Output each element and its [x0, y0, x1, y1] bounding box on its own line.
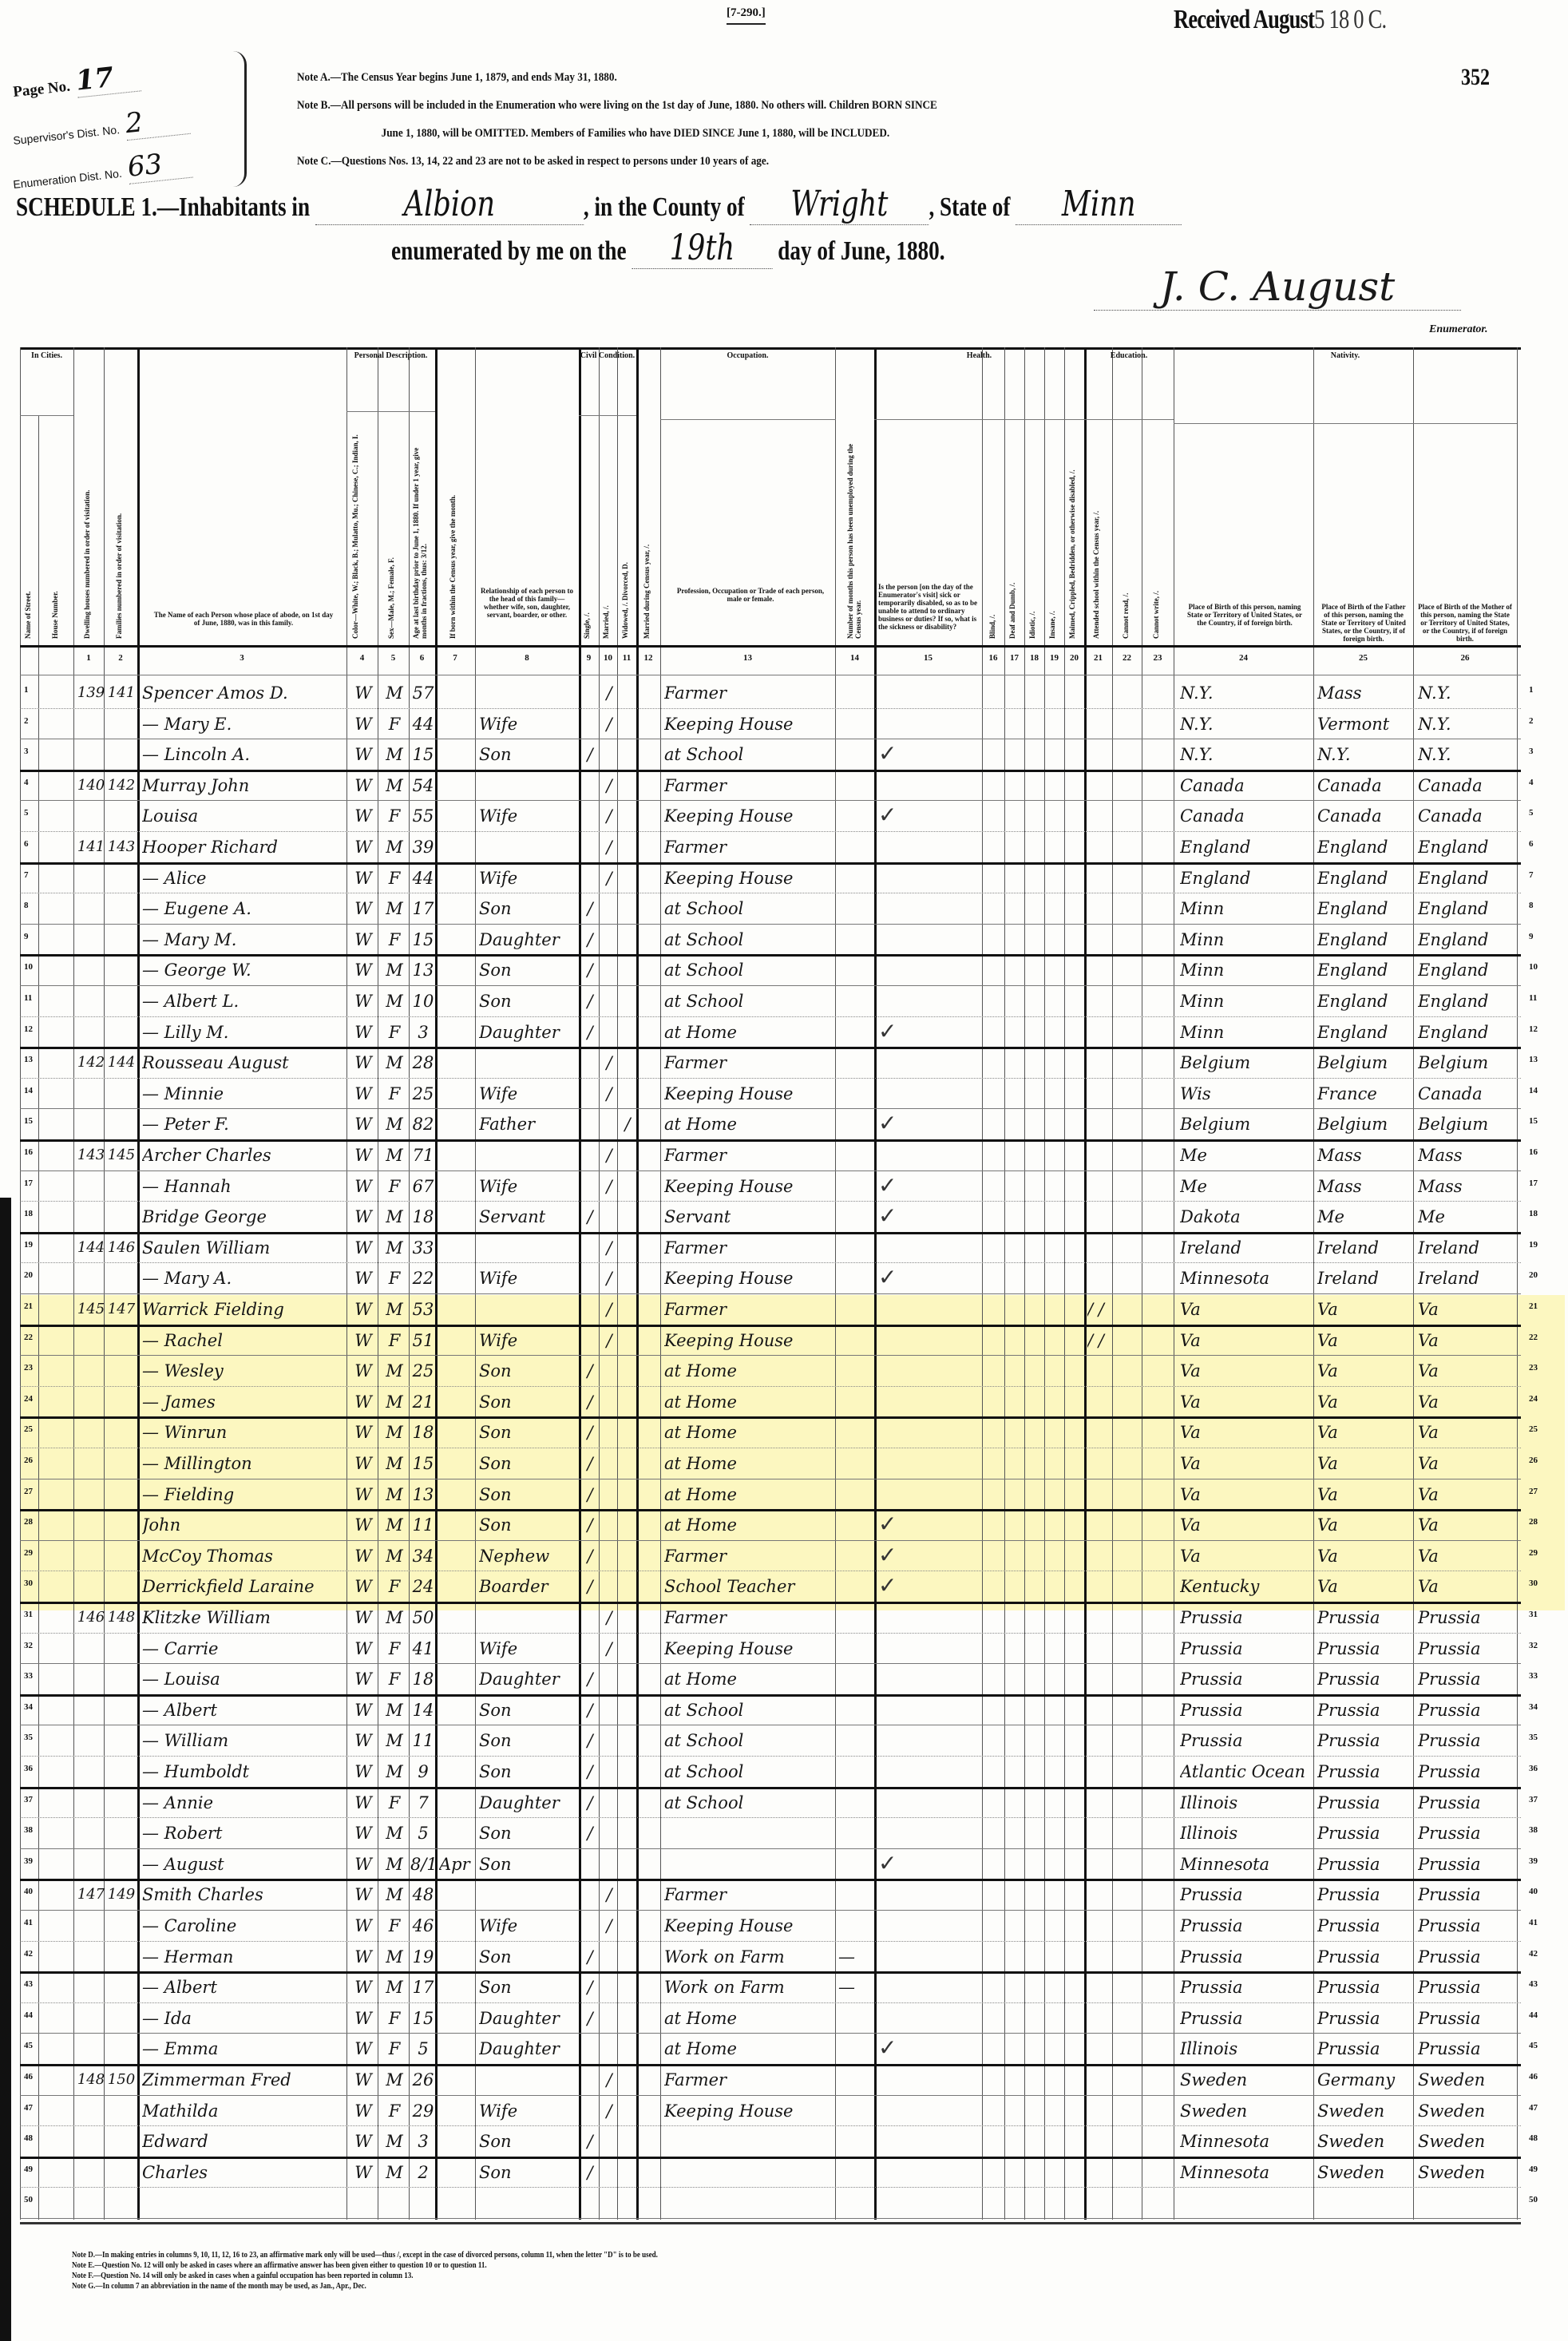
table-row: 1717— HannahWF67Wife/Keeping House✓MeMas…	[0, 1170, 1568, 1201]
widowed-mark	[620, 1697, 635, 1723]
married-mark	[602, 1728, 616, 1753]
occupation-value: at School	[664, 1790, 833, 1816]
single-mark	[582, 680, 598, 706]
header-relationship: Relationship of each person to the head …	[479, 587, 575, 619]
person-name: John	[142, 1512, 345, 1538]
birthplace-value: Va	[1180, 1389, 1311, 1415]
sex-value: F	[381, 1913, 408, 1939]
age-value: 39	[410, 834, 436, 860]
family-number: 150	[106, 2067, 137, 2093]
birth-month-value: Apr	[439, 1852, 474, 1877]
father-birthplace-value: Prussia	[1317, 1636, 1412, 1662]
row-number-right: 44	[1529, 2010, 1538, 2020]
father-birthplace-value: Prussia	[1317, 1820, 1412, 1846]
sex-value: M	[381, 834, 408, 860]
mother-birthplace-value: Prussia	[1418, 1666, 1515, 1692]
header-divider	[1174, 423, 1517, 424]
note-b-line2: June 1, 1880, will be OMITTED. Members o…	[297, 120, 937, 148]
header-married-census-year: Married during Census year, /.	[643, 447, 654, 639]
colnum: 1	[73, 653, 104, 663]
unemployed-months	[838, 773, 873, 798]
row-number-right: 42	[1529, 1949, 1538, 1959]
birth-month-value	[439, 2036, 474, 2062]
row-number-left: 17	[24, 1178, 33, 1188]
row-number-left: 5	[24, 808, 29, 818]
birth-month-value	[439, 1389, 474, 1415]
attended-school-mark	[1087, 1358, 1140, 1384]
row-number-left: 3	[24, 747, 29, 756]
single-mark: /	[582, 927, 598, 953]
widowed-mark	[620, 1759, 635, 1784]
birthplace-value: Illinois	[1180, 1820, 1311, 1846]
color-value: W	[350, 2129, 377, 2154]
footnotes: Note D.—In making entries in columns 9, …	[72, 2250, 658, 2291]
table-row: 3333— LouisaWF18Daughter/at HomePrussiaP…	[0, 1663, 1568, 1693]
unemployed-months	[838, 1790, 873, 1816]
row-number-left: 29	[24, 1548, 33, 1558]
unemployed-months	[838, 2006, 873, 2031]
occupation-value: Keeping House	[664, 2098, 833, 2124]
dwelling-number	[76, 896, 106, 921]
birth-month-value	[439, 2098, 474, 2124]
table-row: 4141— CarolineWF46Wife/Keeping HousePrus…	[0, 1910, 1568, 1940]
family-number	[106, 1543, 137, 1569]
unemployed-months	[838, 1543, 873, 1569]
page-binding-edge	[0, 1198, 11, 2341]
row-number-right: 1	[1529, 685, 1534, 695]
occupation-value: at Home	[664, 1420, 833, 1445]
header-color: Color—White, W.; Black, B.; Mulatto, Mu.…	[351, 431, 374, 639]
table-row: 1212— Lilly M.WF3Daughter/at Home✓MinnEn…	[0, 1016, 1568, 1047]
page-number-field: Page No.17	[11, 59, 141, 105]
color-value: W	[350, 1790, 377, 1816]
birthplace-value: Minn	[1180, 988, 1311, 1014]
single-mark	[582, 1050, 598, 1075]
birthplace-value: Prussia	[1180, 1882, 1311, 1907]
table-row: 4646148150Zimmerman FredWM26/FarmerSwede…	[0, 2064, 1568, 2094]
married-mark	[602, 1574, 616, 1599]
birth-month-value	[439, 865, 474, 891]
single-mark: /	[582, 742, 598, 767]
age-value: 46	[410, 1913, 436, 1939]
color-value: W	[350, 1297, 377, 1322]
color-value: W	[350, 1728, 377, 1753]
birthplace-value: Belgium	[1180, 1050, 1311, 1075]
mother-birthplace-value: Prussia	[1418, 1790, 1515, 1816]
header-divider	[20, 415, 73, 416]
table-row: 1313142144Rousseau AugustWM28/FarmerBelg…	[0, 1047, 1568, 1077]
unemployed-months	[838, 1081, 873, 1107]
table-row: 4040147149Smith CharlesWM48/FarmerPrussi…	[0, 1879, 1568, 1909]
sickness-mark: ✓	[878, 1264, 980, 1290]
row-number-right: 28	[1529, 1517, 1538, 1527]
color-value: W	[350, 1759, 377, 1784]
table-row: 3939— AugustWM8/12AprSon✓MinnesotaPrussi…	[0, 1848, 1568, 1879]
table-row: 4848EdwardWM3Son/MinnesotaSwedenSweden	[0, 2125, 1568, 2156]
widowed-mark	[620, 1728, 635, 1753]
occupation-value: Farmer	[664, 2067, 833, 2093]
occupation-value: at School	[664, 988, 833, 1014]
colnum: 15	[874, 653, 982, 663]
father-birthplace-value: Sweden	[1317, 2129, 1412, 2154]
dwelling-number	[76, 1790, 106, 1816]
relationship-value: Father	[479, 1111, 576, 1137]
county-label: , in the County of	[584, 192, 745, 222]
attended-school-mark	[1087, 896, 1140, 921]
single-mark	[582, 1328, 598, 1353]
dwelling-number	[76, 1574, 106, 1599]
attended-school-mark	[1087, 742, 1140, 767]
dwelling-number: 145	[76, 1297, 106, 1322]
birthplace-value: N.Y.	[1180, 742, 1311, 767]
attended-school-mark	[1087, 1482, 1140, 1507]
header-divider	[579, 415, 636, 416]
occupation-value: Farmer	[664, 1050, 833, 1075]
occupation-value	[664, 1820, 833, 1846]
father-birthplace-value: Prussia	[1317, 1882, 1412, 1907]
relationship-value: Daughter	[479, 1666, 576, 1692]
sex-value: M	[381, 1852, 408, 1877]
age-value: 18	[410, 1204, 436, 1230]
birth-month-value	[439, 1882, 474, 1907]
group-health: Health.	[874, 351, 1084, 360]
colnum: 22	[1112, 653, 1142, 663]
single-mark: /	[582, 1512, 598, 1538]
relationship-value: Son	[479, 896, 576, 921]
age-value: 34	[410, 1543, 436, 1569]
family-number	[106, 1174, 137, 1199]
person-name: — Louisa	[142, 1666, 345, 1692]
attended-school-mark	[1087, 1882, 1140, 1907]
father-birthplace-value: Sweden	[1317, 2098, 1412, 2124]
occupation-value: at Home	[664, 1512, 833, 1538]
father-birthplace-value: Va	[1317, 1482, 1412, 1507]
father-birthplace-value: Va	[1317, 1358, 1412, 1384]
dwelling-number	[76, 1111, 106, 1137]
birth-month-value	[439, 1081, 474, 1107]
birth-month-value	[439, 1143, 474, 1168]
colnum: 6	[409, 653, 435, 663]
attended-school-mark	[1087, 1111, 1140, 1137]
widowed-mark: /	[620, 1111, 635, 1137]
mother-birthplace-value: Canada	[1418, 1081, 1515, 1107]
color-value: W	[350, 1266, 377, 1291]
colnum: 13	[660, 653, 835, 663]
row-number-left: 21	[24, 1301, 33, 1311]
attended-school-mark	[1087, 1451, 1140, 1476]
married-mark: /	[602, 1882, 616, 1907]
attended-school-mark: / /	[1087, 1328, 1140, 1353]
attended-school-mark	[1087, 957, 1140, 983]
widowed-mark	[620, 2160, 635, 2185]
occupation-value: Work on Farm	[664, 1944, 833, 1970]
color-value: W	[350, 711, 377, 737]
person-name: — William	[142, 1728, 345, 1753]
row-number-left: 18	[24, 1209, 33, 1218]
unemployed-months: —	[838, 1975, 873, 2000]
widowed-mark	[620, 711, 635, 737]
married-mark	[602, 2006, 616, 2031]
row-number-left: 11	[24, 993, 32, 1003]
father-birthplace-value: Me	[1317, 1204, 1412, 1230]
person-name: Mathilda	[142, 2098, 345, 2124]
age-value: 19	[410, 1944, 436, 1970]
age-value: 5	[410, 2036, 436, 2062]
color-value: W	[350, 1451, 377, 1476]
family-number	[106, 896, 137, 921]
occupation-value: at School	[664, 1728, 833, 1753]
widowed-mark	[620, 1081, 635, 1107]
row-number-right: 9	[1529, 932, 1534, 941]
dwelling-number	[76, 2036, 106, 2062]
header-name: The Name of each Person whose place of a…	[152, 611, 335, 627]
birthplace-value: Minn	[1180, 896, 1311, 921]
header-house: House Number.	[51, 447, 62, 639]
table-row: 66141143Hooper RichardWM39/FarmerEngland…	[0, 831, 1568, 862]
table-row: 2929McCoy ThomasWM34Nephew/Farmer✓VaVaVa	[0, 1540, 1568, 1571]
relationship-value: Son	[479, 988, 576, 1014]
birthplace-value: Minnesota	[1180, 2160, 1311, 2185]
row-number-right: 23	[1529, 1363, 1538, 1373]
table-row: 2626— MillingtonWM15Son/at HomeVaVaVa	[0, 1448, 1568, 1478]
dwelling-number	[76, 1728, 106, 1753]
row-number-left: 41	[24, 1918, 33, 1927]
color-value: W	[350, 1389, 377, 1415]
birth-month-value	[439, 1574, 474, 1599]
married-mark	[602, 1975, 616, 2000]
relationship-value: Son	[479, 1451, 576, 1476]
person-name: — Annie	[142, 1790, 345, 1816]
single-mark: /	[582, 1451, 598, 1476]
relationship-value: Servant	[479, 1204, 576, 1230]
note-e: Note E.—Question No. 12 will only be ask…	[72, 2260, 658, 2271]
mother-birthplace-value: Me	[1418, 1204, 1515, 1230]
birthplace-value: Me	[1180, 1143, 1311, 1168]
relationship-value: Son	[479, 1759, 576, 1784]
color-value: W	[350, 2160, 377, 2185]
widowed-mark	[620, 1882, 635, 1907]
row-number-right: 33	[1529, 1671, 1538, 1681]
colnum: 18	[1024, 653, 1044, 663]
header-married: Married, /.	[602, 495, 613, 639]
person-name: — Mary E.	[142, 711, 345, 737]
table-row: 3030Derrickfield LaraineWF24Boarder/Scho…	[0, 1571, 1568, 1601]
birth-month-value	[439, 1944, 474, 1970]
person-name: — Winrun	[142, 1420, 345, 1445]
father-birthplace-value: Canada	[1317, 773, 1412, 798]
sheet-number: 352	[1461, 64, 1490, 91]
row-number-left: 22	[24, 1333, 33, 1342]
dwelling-number	[76, 2190, 106, 2216]
row-divider	[20, 2218, 1521, 2219]
family-number	[106, 803, 137, 829]
birthplace-value: Va	[1180, 1420, 1311, 1445]
married-mark: /	[602, 865, 616, 891]
color-value: W	[350, 2006, 377, 2031]
sex-value: F	[381, 1266, 408, 1291]
header-sickness: Is the person [on the day of the Enumera…	[878, 583, 978, 631]
mother-birthplace-value: England	[1418, 834, 1515, 860]
family-number: 141	[106, 680, 137, 706]
note-c: Note C.—Questions Nos. 13, 14, 22 and 23…	[297, 148, 937, 176]
married-mark	[602, 927, 616, 953]
row-number-right: 38	[1529, 1825, 1538, 1835]
mother-birthplace-value: Prussia	[1418, 1759, 1515, 1784]
occupation-value: School Teacher	[664, 1574, 833, 1599]
dwelling-number	[76, 1543, 106, 1569]
dwelling-number	[76, 1852, 106, 1877]
birthplace-value: N.Y.	[1180, 711, 1311, 737]
attended-school-mark: / /	[1087, 1297, 1140, 1322]
birthplace-value: Prussia	[1180, 1913, 1311, 1939]
page-number-value: 17	[74, 59, 141, 98]
father-birthplace-value: Va	[1317, 1574, 1412, 1599]
birthplace-value	[1180, 2190, 1311, 2216]
attended-school-mark	[1087, 988, 1140, 1014]
age-value: 11	[410, 1728, 436, 1753]
sex-value: M	[381, 1820, 408, 1846]
sex-value: M	[381, 1235, 408, 1261]
color-value: W	[350, 2067, 377, 2093]
row-number-right: 24	[1529, 1394, 1538, 1404]
person-name: — Caroline	[142, 1913, 345, 1939]
unemployed-months	[838, 1574, 873, 1599]
enumerator-label: Enumerator.	[1429, 323, 1488, 336]
single-mark	[582, 1297, 598, 1322]
sex-value: M	[381, 1111, 408, 1137]
attended-school-mark	[1087, 2098, 1140, 2124]
occupation-value: Keeping House	[664, 1081, 833, 1107]
row-number-left: 46	[24, 2072, 33, 2082]
color-value: W	[350, 1358, 377, 1384]
person-name: Klitzke William	[142, 1605, 345, 1630]
birth-month-value	[439, 1174, 474, 1199]
family-number	[106, 2098, 137, 2124]
relationship-value: Son	[479, 1697, 576, 1723]
table-row: 2121145147Warrick FieldingWM53/Farmer/ /…	[0, 1293, 1568, 1324]
sex-value: M	[381, 1697, 408, 1723]
single-mark: /	[582, 1204, 598, 1230]
attended-school-mark	[1087, 1174, 1140, 1199]
person-name: — Albert	[142, 1697, 345, 1723]
single-mark: /	[582, 957, 598, 983]
father-birthplace-value: Va	[1317, 1389, 1412, 1415]
sex-value: M	[381, 2067, 408, 2093]
birth-month-value	[439, 680, 474, 706]
dwelling-number	[76, 1975, 106, 2000]
county-field: Wright	[750, 184, 929, 225]
table-row: 2020— Mary A.WF22Wife/Keeping House✓Minn…	[0, 1262, 1568, 1293]
attended-school-mark	[1087, 1790, 1140, 1816]
sex-value: M	[381, 742, 408, 767]
unemployed-months	[838, 2190, 873, 2216]
row-number-right: 22	[1529, 1333, 1538, 1342]
sickness-mark: ✓	[878, 1202, 980, 1229]
married-mark: /	[602, 1913, 616, 1939]
married-mark: /	[602, 834, 616, 860]
relationship-value: Son	[479, 2129, 576, 2154]
mother-birthplace-value: England	[1418, 1020, 1515, 1045]
enumerator-signature: J. C. August	[1094, 263, 1461, 311]
mother-birthplace-value: Sweden	[1418, 2160, 1515, 2185]
header-birth-month: If born within the Census year, give the…	[449, 431, 460, 639]
person-name: — Albert L.	[142, 988, 345, 1014]
birthplace-value: Canada	[1180, 803, 1311, 829]
unemployed-months	[838, 1358, 873, 1384]
occupation-value: Farmer	[664, 1297, 833, 1322]
dwelling-number: 142	[76, 1050, 106, 1075]
dwelling-number	[76, 2129, 106, 2154]
mother-birthplace-value: Mass	[1418, 1143, 1515, 1168]
birth-month-value	[439, 1266, 474, 1291]
occupation-value: Keeping House	[664, 803, 833, 829]
mother-birthplace-value: Prussia	[1418, 1975, 1515, 2000]
unemployed-months	[838, 1451, 873, 1476]
sex-value: M	[381, 1297, 408, 1322]
birthplace-value: Prussia	[1180, 1728, 1311, 1753]
father-birthplace-value	[1317, 2190, 1412, 2216]
relationship-value: Daughter	[479, 2036, 576, 2062]
birth-month-value	[439, 1020, 474, 1045]
married-mark: /	[602, 2098, 616, 2124]
received-stamp: Received August5 18 0 C.	[1174, 5, 1386, 35]
row-number-right: 19	[1529, 1240, 1538, 1250]
attended-school-mark	[1087, 1512, 1140, 1538]
supervisor-district-label: Supervisor's Dist. No.	[13, 123, 121, 147]
row-number-left: 49	[24, 2165, 33, 2174]
unemployed-months	[838, 1235, 873, 1261]
colnum: 24	[1174, 653, 1313, 663]
occupation-value	[664, 2129, 833, 2154]
birth-month-value	[439, 834, 474, 860]
relationship-value: Wife	[479, 1174, 576, 1199]
row-number-left: 13	[24, 1055, 33, 1064]
colnum: 17	[1004, 653, 1024, 663]
relationship-value: Wife	[479, 2098, 576, 2124]
occupation-value	[664, 2190, 833, 2216]
birth-month-value	[439, 1605, 474, 1630]
relationship-value	[479, 1050, 576, 1075]
family-number	[106, 1697, 137, 1723]
mother-birthplace-value: Prussia	[1418, 1605, 1515, 1630]
person-name: Warrick Fielding	[142, 1297, 345, 1322]
row-number-left: 32	[24, 1641, 33, 1650]
sickness-mark: ✓	[878, 1110, 980, 1136]
widowed-mark	[620, 988, 635, 1014]
age-value: 18	[410, 1420, 436, 1445]
header-cannot-read: Cannot read, /.	[1122, 559, 1133, 639]
mother-birthplace-value: England	[1418, 957, 1515, 983]
person-name: — Fielding	[142, 1482, 345, 1507]
table-row: 77— AliceWF44Wife/Keeping HouseEnglandEn…	[0, 862, 1568, 893]
table-row: 1414— MinnieWF25Wife/Keeping HouseWisFra…	[0, 1078, 1568, 1108]
family-number: 146	[106, 1235, 137, 1261]
unemployed-months	[838, 865, 873, 891]
dwelling-number	[76, 2098, 106, 2124]
sex-value: F	[381, 2098, 408, 2124]
row-number-left: 50	[24, 2195, 33, 2204]
attended-school-mark	[1087, 1913, 1140, 1939]
family-number	[106, 1020, 137, 1045]
color-value: W	[350, 2036, 377, 2062]
mother-birthplace-value: Ireland	[1418, 1266, 1515, 1291]
color-value: W	[350, 1574, 377, 1599]
occupation-value: Keeping House	[664, 1174, 833, 1199]
widowed-mark	[620, 957, 635, 983]
mother-birthplace-value: Sweden	[1418, 2129, 1515, 2154]
family-number	[106, 1451, 137, 1476]
received-label: Received August	[1174, 5, 1314, 34]
